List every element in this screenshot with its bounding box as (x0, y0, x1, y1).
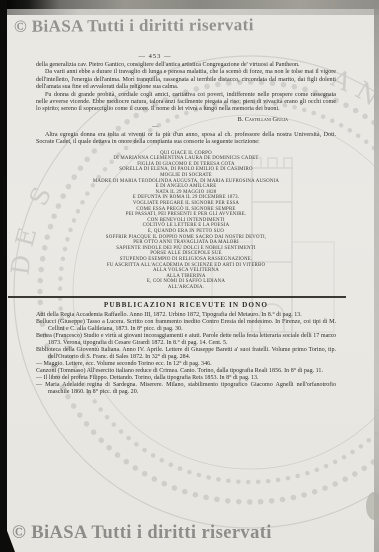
page-content: — 453 — della generalizia cav. Pietro Ga… (36, 53, 336, 396)
publication-entry: — Maggio. Lettere, ecc. Volume secondo T… (36, 361, 336, 368)
publications-heading: PUBBLICAZIONI RICEVUTE IN DONO (36, 301, 336, 309)
epitaph-inscription: QUI GIACE IL CORPODI MARIANNA CLEMENTINA… (36, 151, 336, 291)
scan-edge-top (0, 0, 379, 9)
obituary-text: della generalizia cav. Pietro Gantico, c… (36, 62, 336, 114)
scan-edge-top-shadow (0, 9, 379, 15)
page-number: — 453 — (100, 53, 210, 60)
publication-entry: Biblioteca della Gioventù Italiana. Anno… (36, 347, 336, 361)
publication-entry: — Maria Adelaide regina di Sardegna. Mis… (36, 382, 336, 396)
publication-entry: Bellucci (Giuseppe) Tasso a Lucera. Scri… (36, 319, 336, 333)
watermark-copyright-bottom: © BiASA Tutti i diritti riservati (12, 523, 272, 544)
scan-edge-right (374, 0, 379, 552)
paragraph: Da varii anni ebbe a durare il travaglio… (36, 69, 336, 91)
scan-smudge (366, 492, 379, 520)
publications-list: Atti della Regia Accademia Raffaello. An… (36, 312, 336, 396)
author-signature: B. Castellani Giulia (36, 116, 336, 123)
scan-edge-left (0, 0, 7, 552)
epitaph-line: ALL'ARCADIA. (36, 285, 336, 291)
scanned-page: DE S ANNO·CH © BiASA Tutti i diritti ris… (0, 0, 379, 552)
paragraph: Fu donna di grande probità, cordiale cog… (36, 92, 336, 114)
epitaph-intro: Altra egregia donna era tolta ai viventi… (36, 132, 336, 147)
publication-entry: Bertea (Francesco) Studio e virtù ai gio… (36, 333, 336, 347)
watermark-copyright-top: © BiASA Tutti i diritti riservati (14, 15, 254, 37)
publication-entry: Atti della Regia Accademia Raffaello. An… (36, 312, 336, 319)
separator-dash: — (100, 125, 210, 130)
publication-entry: Canzoni (Tommaso) All'esercito italiano … (36, 368, 336, 375)
section-divider-rule (8, 296, 346, 298)
paragraph: Altra egregia donna era tolta ai viventi… (36, 132, 336, 147)
publication-entry: — Il libro del profeta Filippo. Dettando… (36, 375, 336, 382)
